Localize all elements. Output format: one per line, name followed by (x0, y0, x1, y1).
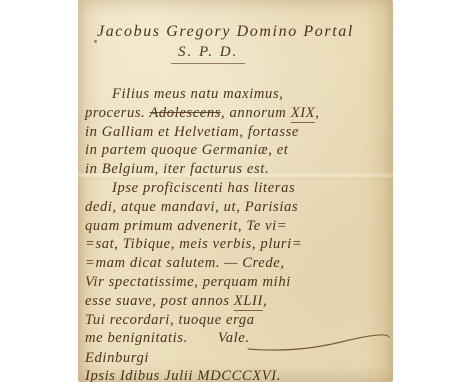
manuscript-line: dedi, atque mandavi, ut, Parisias (85, 198, 385, 217)
manuscript-line: in partem quoque Germaniæ, et (85, 141, 385, 160)
manuscript-line: in Galliam et Helvetiam, fortasse (85, 123, 385, 142)
segment-text: procerus. (85, 105, 149, 121)
segment-text: =mam dicat salutem. — Crede, (85, 255, 285, 271)
segment-text: =sat, Tibique, meis verbis, pluri= (85, 236, 302, 252)
manuscript-line: =mam dicat salutem. — Crede, (85, 254, 385, 273)
segment-text: Tui recordari, tuoque erga (85, 312, 255, 328)
segment-text: Vir spectatissime, perquam mihi (85, 274, 291, 290)
manuscript-photo: Jacobus Gregory Domino Portal S. P. D. F… (0, 0, 468, 382)
manuscript-line: Tui recordari, tuoque erga (85, 311, 385, 330)
manuscript-line: Ipse proficiscenti has literas (85, 179, 385, 198)
segment-text: Ipse proficiscenti has literas (112, 180, 295, 196)
segment-text: , (263, 293, 267, 309)
segment-text: Filius meus natu maximus, (112, 86, 283, 102)
manuscript-line: Filius meus natu maximus, (85, 85, 385, 104)
pen-flourish (246, 330, 391, 354)
segment-text: quam primum advenerit, Te vi= (85, 218, 287, 234)
manuscript-line: procerus. Adolescens, annorum XIX, (85, 104, 385, 123)
closing-date-period: . (277, 368, 281, 382)
letter-content: Jacobus Gregory Domino Portal S. P. D. F… (85, 0, 385, 382)
closing-date-text: Ipsis Idibus Julii (85, 368, 197, 382)
manuscript-line: esse suave, post annos XLII, (85, 292, 385, 311)
segment-underline: XLII (234, 293, 263, 311)
segment-gap: Vale. (218, 330, 250, 346)
closing-date-year: MDCCCXVI (197, 368, 276, 382)
manuscript-body: Filius meus natu maximus,procerus. Adole… (85, 85, 385, 348)
segment-text: me benignitatis. (85, 330, 188, 346)
segment-strike: Adolescens (149, 105, 221, 121)
salutation-abbreviation: S. P. D. (171, 43, 245, 64)
letter-paper: Jacobus Gregory Domino Portal S. P. D. F… (78, 0, 393, 382)
segment-underline: XIX (291, 105, 316, 123)
segment-text: , annorum (221, 105, 291, 121)
segment-text: in partem quoque Germaniæ, et (85, 142, 288, 158)
segment-text: dedi, atque mandavi, ut, Parisias (85, 199, 298, 215)
addressee-line: Jacobus Gregory Domino Portal (97, 21, 385, 42)
manuscript-line: quam primum advenerit, Te vi= (85, 217, 385, 236)
segment-text: in Belgium, iter facturus est. (85, 161, 269, 177)
segment-text: esse suave, post annos (85, 293, 234, 309)
manuscript-line: =sat, Tibique, meis verbis, pluri= (85, 235, 385, 254)
segment-text: in Galliam et Helvetiam, fortasse (85, 124, 299, 140)
manuscript-line: Vir spectatissime, perquam mihi (85, 273, 385, 292)
manuscript-line: in Belgium, iter facturus est. (85, 160, 385, 179)
segment-text: , (315, 105, 319, 121)
closing-date: Ipsis Idibus Julii MDCCCXVI. (85, 367, 385, 382)
